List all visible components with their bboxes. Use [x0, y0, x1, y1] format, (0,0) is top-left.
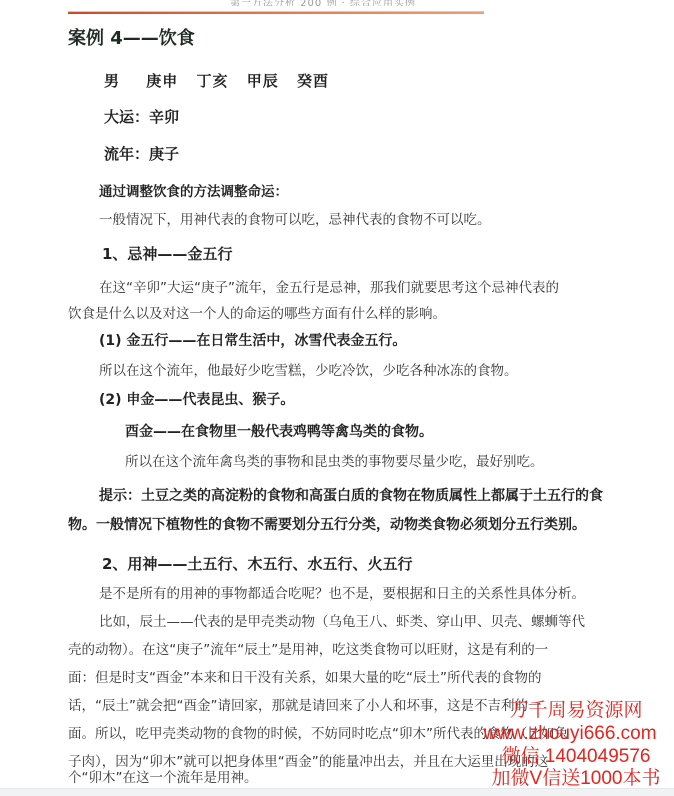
section2-para2-line: 比如，辰土——代表的是甲壳类动物（乌龟王八、虾类、穿山甲、贝壳、螺蛳等代: [99, 610, 585, 630]
method-heading: 通过调整饮食的方法调整命运：: [99, 180, 288, 200]
item2-sub-heading: 酉金——在食物里一般代表鸡鸭等禽鸟类的食物。: [125, 421, 433, 441]
dayun-line: 大运：辛卯: [104, 106, 179, 127]
liunian-line: 流年：庚子: [104, 143, 179, 164]
watermark-site-name: 万千周易资源网: [478, 700, 674, 723]
section2-para2-line: 个“卯木”在这一个流年是用神。: [68, 766, 258, 786]
section2-para2-line: 面：但是时支“酉金”本来和日干没有关系，如果大量的吃“辰土”所代表的食物的: [68, 666, 541, 686]
header-rule: [68, 12, 484, 14]
section2-heading: 2、用神——土五行、木五行、水五行、火五行: [102, 553, 412, 574]
tip-line1: 提示：土豆之类的高淀粉的食物和高蛋白质的食物在物质属性上都属于土五行的食: [99, 485, 603, 505]
section2-para2-line: 话，“辰土”就会把“酉金”请回家，那就是请回来了小人和坏事，这是不吉利的一: [68, 694, 541, 714]
year-pillar: 庚申: [146, 72, 178, 90]
hour-pillar: 癸酉: [297, 72, 329, 90]
watermark: 万千周易资源网 www.zhouyi666.com 微信 1404049576 …: [478, 700, 674, 791]
gender: 男: [104, 72, 120, 90]
item1-heading: (1) 金五行——在日常生活中，冰雪代表金五行。: [99, 330, 406, 350]
day-pillar: 甲辰: [247, 72, 279, 90]
running-header: 第一方法分析 200 例 · 综合应用实例: [230, 0, 470, 6]
case-title: 案例 4——饮食: [68, 24, 195, 50]
document-page: 第一方法分析 200 例 · 综合应用实例 案例 4——饮食 男 庚申 丁亥 甲…: [0, 0, 674, 788]
section2-para1: 是不是所有的用神的事物都适合吃呢？也不是，要根据和日主的关系性具体分析。: [99, 582, 585, 602]
watermark-promo: 加微V信送1000本书: [478, 768, 674, 791]
watermark-wechat: 微信 1404049576: [478, 746, 674, 769]
month-pillar: 丁亥: [197, 72, 229, 90]
section2-para2-line: 壳的动物）。在这“庚子”流年“辰土”是用神，吃这类食物可以旺财，这是有利的一: [68, 638, 548, 658]
section1-para-line1: 在这“辛卯”大运“庚子”流年，金五行是忌神，那我们就要思考这个忌神代表的: [99, 276, 559, 296]
item2-heading: (2) 申金——代表昆虫、猴子。: [99, 389, 294, 409]
section1-para-line2: 饮食是什么以及对这一个人的命运的哪些方面有什么样的影响。: [68, 302, 446, 322]
general-rule: 一般情况下，用神代表的食物可以吃，忌神代表的食物不可以吃。: [99, 208, 491, 228]
section1-heading: 1、忌神——金五行: [102, 243, 232, 264]
watermark-url: www.zhouyi666.com: [466, 723, 674, 746]
item2-text: 所以在这个流年禽鸟类的事物和昆虫类的事物要尽量少吃，最好别吃。: [125, 450, 544, 470]
tip-line2: 物。一般情况下植物性的食物不需要划分五行分类，动物类食物必须划分五行类别。: [68, 514, 586, 534]
item1-text: 所以在这个流年，他最好少吃雪糕，少吃冷饮，少吃各种冰冻的食物。: [99, 359, 518, 379]
bazi-chart: 男 庚申 丁亥 甲辰 癸酉: [104, 70, 341, 91]
